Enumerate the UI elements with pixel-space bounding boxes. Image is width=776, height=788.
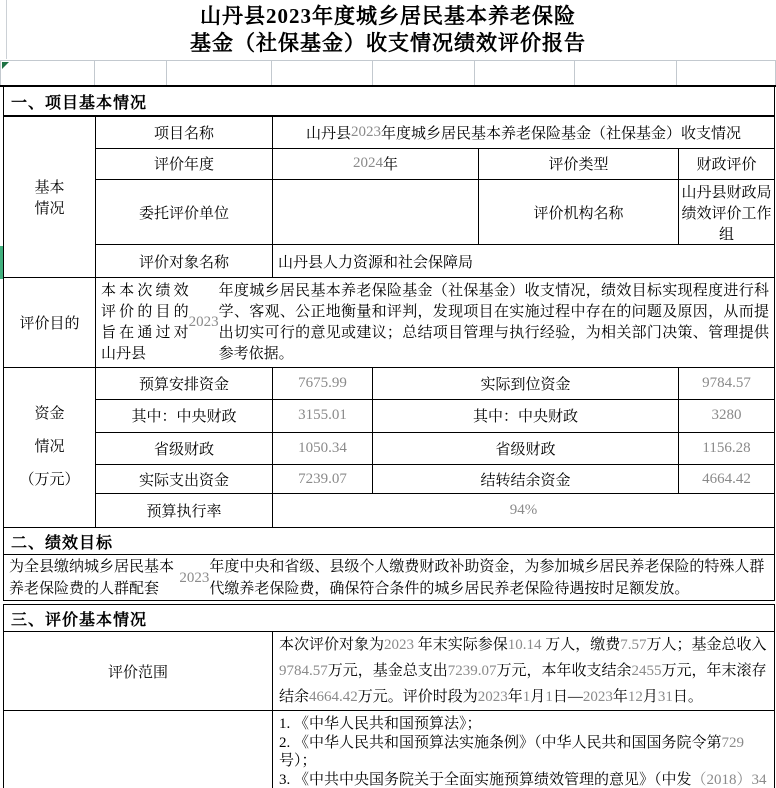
- field-value: 4664.42: [679, 465, 774, 493]
- field-value-project-name: 山丹县2023年度城乡居民基本养老保险基金（社保基金）收支情况: [273, 117, 774, 148]
- group-label-basic-info: 基本 情况: [4, 117, 96, 277]
- field-label-eval-org: 评价机构名称: [479, 180, 679, 244]
- table-row-budget-arranged: 预算安排资金 7675.99 实际到位资金 9784.57: [96, 368, 774, 400]
- spreadsheet-cell[interactable]: [475, 61, 575, 85]
- section-heading-project-basic: 一、项目基本情况: [3, 87, 775, 117]
- report-page: 山丹县2023年度城乡居民基本养老保险 基金（社保基金）收支情况绩效评价报告 一…: [0, 0, 776, 788]
- spreadsheet-cell[interactable]: [0, 61, 95, 85]
- field-value: 7675.99: [273, 368, 373, 399]
- group-label-line: 基本: [34, 176, 64, 197]
- funds-table: 资金 情况 （万元） 预算安排资金 7675.99 实际到位资金 9784.57…: [3, 368, 775, 528]
- field-label-eval-basis-empty: [4, 711, 273, 788]
- section-heading-performance-goal: 二、绩效目标: [3, 528, 775, 555]
- field-value: 3280: [679, 400, 774, 432]
- field-label-eval-object: 评价对象名称: [96, 245, 273, 277]
- field-value-entrust-unit: [273, 180, 479, 244]
- table-row-eval-year: 评价年度 2024年 评价类型 财政评价: [96, 149, 774, 181]
- table-row-central-finance: 其中：中央财政 3155.01 其中：中央财政 3280: [96, 400, 774, 433]
- field-value: 7239.07: [273, 465, 373, 493]
- field-value-eval-basis: 1. 《中华人民共和国预算法》； 2. 《中华人民共和国预算法实施条例》（中华人…: [273, 711, 774, 788]
- table-row-entrust-unit: 委托评价单位 评价机构名称 山丹县财政局绩效评价工作组: [96, 180, 774, 245]
- group-label-line: 情况: [34, 431, 64, 464]
- field-label-entrust-unit: 委托评价单位: [96, 180, 273, 244]
- group-label-line: （万元）: [19, 464, 79, 497]
- basis-item-2: 2. 《中华人民共和国预算法实施条例》（中华人民共和国国务院令第729号）；: [279, 734, 768, 771]
- spreadsheet-cell[interactable]: [677, 61, 776, 85]
- group-label-line: 资金: [34, 398, 64, 431]
- basis-item-3: 3. 《中共中央国务院关于全面实施预算绩效管理的意见》（中发（2018）34: [279, 771, 768, 788]
- eval-scope-paragraph: 本次评价对象为2023 年末实际参保10.14 万人，缴费7.57万人；基金总收…: [279, 632, 768, 710]
- field-label-project-name: 项目名称: [96, 117, 273, 148]
- field-value-eval-org: 山丹县财政局绩效评价工作组: [679, 180, 774, 244]
- field-value: 3155.01: [273, 400, 373, 432]
- field-label-eval-scope: 评价范围: [4, 632, 273, 710]
- field-label-eval-year: 评价年度: [96, 149, 273, 180]
- basis-item-1: 1. 《中华人民共和国预算法》；: [279, 715, 768, 734]
- spreadsheet-cell[interactable]: [95, 61, 167, 85]
- group-label-line: 情况: [34, 197, 64, 218]
- spreadsheet-cell[interactable]: [373, 61, 475, 85]
- funds-rows: 预算安排资金 7675.99 实际到位资金 9784.57 其中：中央财政 31…: [96, 368, 774, 527]
- table-row-project-name: 项目名称 山丹县2023年度城乡居民基本养老保险基金（社保基金）收支情况: [96, 117, 774, 149]
- field-label-eval-purpose: 评价目的: [4, 278, 96, 367]
- field-label: 省级财政: [373, 433, 679, 465]
- eval-scope-row: 评价范围 本次评价对象为2023 年末实际参保10.14 万人，缴费7.57万人…: [3, 632, 775, 711]
- field-label-eval-type: 评价类型: [479, 149, 679, 180]
- field-value: 9784.57: [679, 368, 774, 399]
- spreadsheet-cell[interactable]: [575, 61, 677, 85]
- field-value-eval-scope: 本次评价对象为2023 年末实际参保10.14 万人，缴费7.57万人；基金总收…: [273, 632, 774, 710]
- report-title-line2: 基金（社保基金）收支情况绩效评价报告: [0, 30, 776, 57]
- field-label: 省级财政: [96, 433, 273, 465]
- spreadsheet-cell[interactable]: [167, 61, 272, 85]
- field-label: 结转结余资金: [373, 465, 679, 493]
- field-value: 1050.34: [273, 433, 373, 465]
- cell-flag-triangle-icon: [2, 62, 9, 69]
- table-row-budget-execution-rate: 预算执行率 94%: [96, 494, 774, 527]
- basic-info-table: 基本 情况 项目名称 山丹县2023年度城乡居民基本养老保险基金（社保基金）收支…: [3, 117, 775, 278]
- field-label: 预算安排资金: [96, 368, 273, 399]
- eval-basis-row: 1. 《中华人民共和国预算法》； 2. 《中华人民共和国预算法实施条例》（中华人…: [3, 711, 775, 788]
- grid-hairline: [6, 0, 7, 59]
- section-heading-eval-basic: 三、评价基本情况: [3, 604, 775, 632]
- group-label-funds: 资金 情况 （万元）: [4, 368, 96, 527]
- field-value-eval-object: 山丹县人力资源和社会保障局: [273, 245, 774, 277]
- table-row-eval-object: 评价对象名称 山丹县人力资源和社会保障局: [96, 245, 774, 277]
- field-value-execution-rate: 94%: [273, 494, 774, 527]
- table-row-provincial-finance: 省级财政 1050.34 省级财政 1156.28: [96, 433, 774, 466]
- report-title: 山丹县2023年度城乡居民基本养老保险 基金（社保基金）收支情况绩效评价报告: [0, 0, 776, 60]
- eval-purpose-row: 评价目的 本本次绩效评价的目的旨在通过对山丹县2023年度城乡居民基本养老保险基…: [3, 278, 775, 368]
- report-title-line1: 山丹县2023年度城乡居民基本养老保险: [0, 3, 776, 30]
- field-label: 实际到位资金: [373, 368, 679, 399]
- performance-goal-text: 为全县缴纳城乡居民基本养老保险费的人群配套2023年度中央和省级、县级个人缴费财…: [3, 555, 775, 601]
- field-label: 其中：中央财政: [373, 400, 679, 432]
- field-label: 其中：中央财政: [96, 400, 273, 432]
- empty-spreadsheet-row: [0, 60, 776, 85]
- field-value-eval-purpose: 本本次绩效评价的目的旨在通过对山丹县2023年度城乡居民基本养老保险基金（社保基…: [96, 278, 774, 367]
- field-value-eval-year: 2024年: [273, 149, 479, 180]
- field-value-eval-type: 财政评价: [679, 149, 774, 180]
- field-label: 实际支出资金: [96, 465, 273, 493]
- field-value: 1156.28: [679, 433, 774, 465]
- field-label-execution-rate: 预算执行率: [96, 494, 273, 527]
- spreadsheet-cell[interactable]: [272, 61, 373, 85]
- table-row-actual-expenditure: 实际支出资金 7239.07 结转结余资金 4664.42: [96, 465, 774, 494]
- row-highlight-strip: [0, 246, 3, 279]
- basic-info-rows: 项目名称 山丹县2023年度城乡居民基本养老保险基金（社保基金）收支情况 评价年…: [96, 117, 774, 277]
